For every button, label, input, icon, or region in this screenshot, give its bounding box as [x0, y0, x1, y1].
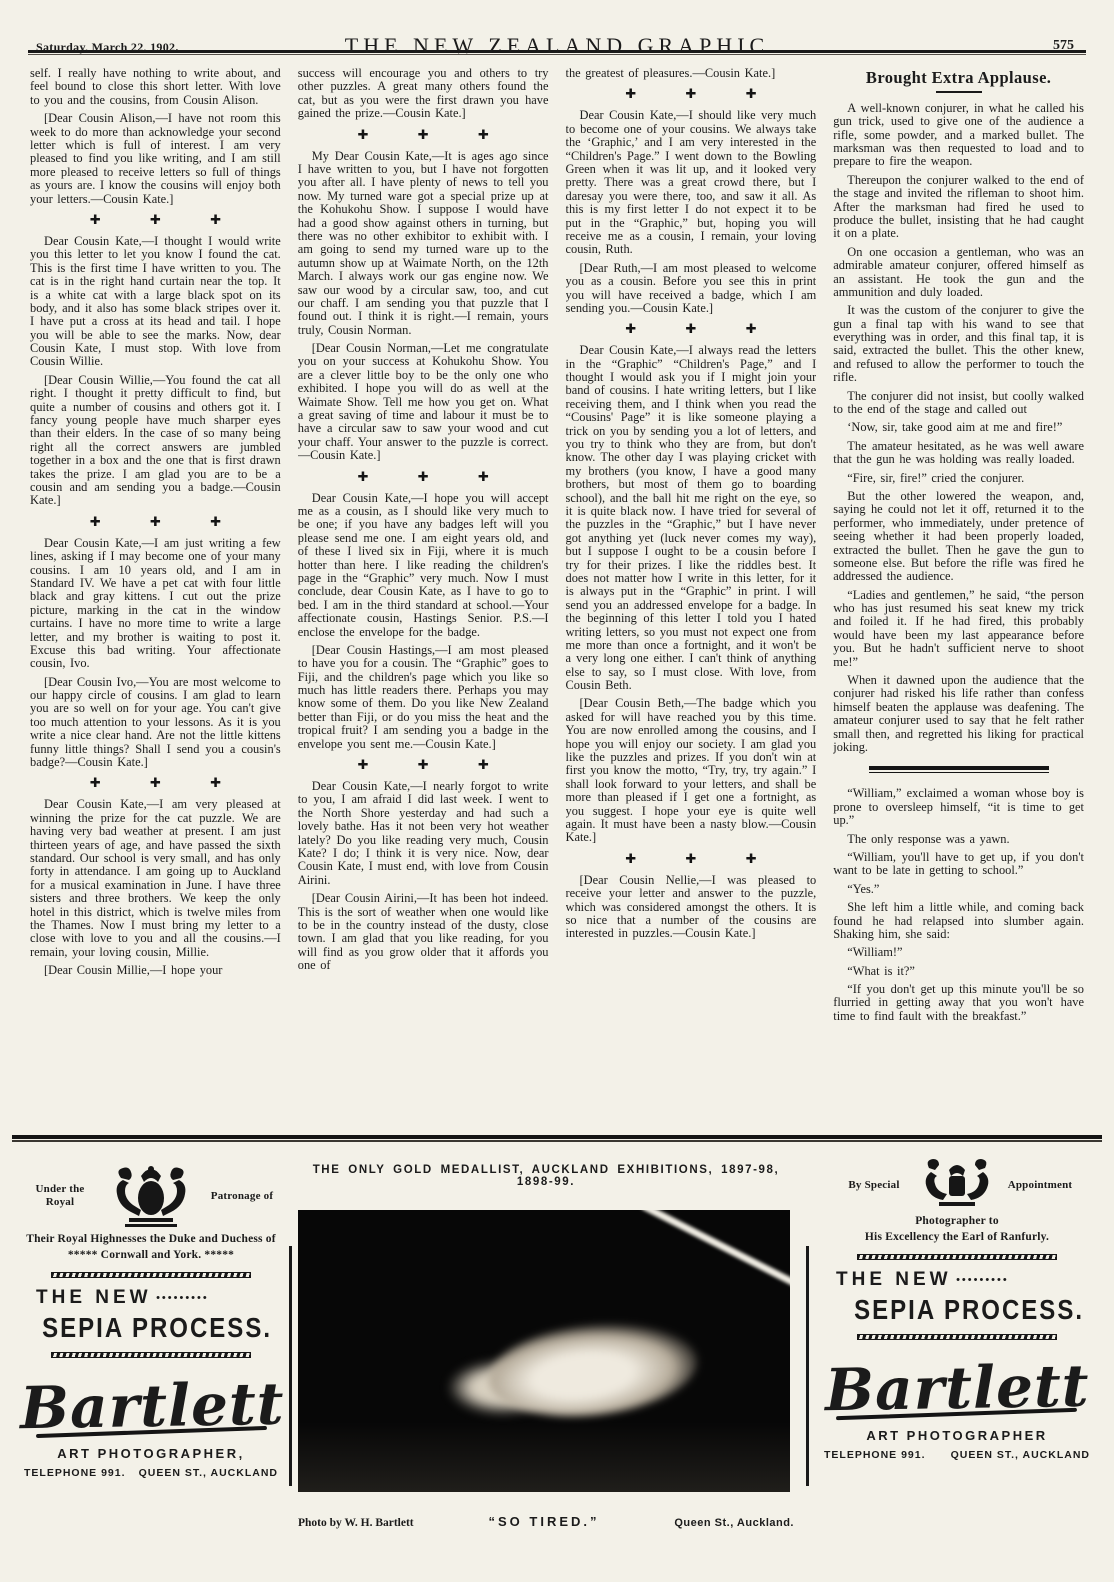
- paragraph: Dear Cousin Kate,—I should like very muc…: [566, 109, 817, 256]
- paragraph: Dear Cousin Kate,—I hope you will accept…: [298, 492, 549, 639]
- paragraph: [Dear Cousin Willie,—You found the cat a…: [30, 374, 281, 508]
- column-3: the greatest of pleasures.—Cousin Kate.]…: [566, 67, 817, 1127]
- wavy-rule: [857, 1334, 1057, 1340]
- so-tired-photograph: [298, 1210, 790, 1492]
- address-label: QUEEN ST., AUCKLAND: [951, 1449, 1090, 1461]
- the-new-label: THE NEW: [36, 1287, 152, 1308]
- photo-title: “SO TIRED.”: [489, 1514, 600, 1529]
- paragraph: The amateur hesitated, as he was well aw…: [833, 440, 1084, 467]
- bartlett-logo: Bartlett: [20, 1372, 282, 1434]
- paragraph: When it dawned upon the audience that th…: [833, 674, 1084, 754]
- the-new-line: THE NEW •••••••••: [20, 1287, 282, 1309]
- paragraph: “Ladies and gentlemen,” he said, “the pe…: [833, 589, 1084, 669]
- paper-title: THE NEW ZEALAND GRAPHIC: [0, 33, 1114, 59]
- paragraph: the greatest of pleasures.—Cousin Kate.]: [566, 67, 817, 80]
- address-label: QUEEN ST., AUCKLAND: [139, 1467, 278, 1479]
- paragraph: “William!”: [833, 946, 1084, 959]
- paragraph: She left him a little while, and coming …: [833, 901, 1084, 941]
- cross-separator: ✚ ✚ ✚: [298, 758, 549, 772]
- telephone-label: TELEPHONE 991.: [824, 1449, 926, 1461]
- photographer-to-line: Photographer to: [820, 1214, 1094, 1230]
- by-special-label: By Special: [837, 1179, 911, 1192]
- art-photographer-label: ART PHOTOGRAPHER,: [20, 1446, 282, 1461]
- paragraph: “What is it?”: [833, 965, 1084, 978]
- bartlett-logo: Bartlett: [820, 1354, 1094, 1416]
- column-4: Brought Extra Applause.A well-known conj…: [833, 67, 1084, 1127]
- paragraph: Thereupon the conjurer walked to the end…: [833, 174, 1084, 241]
- earl-of-ranfurly-line: His Excellency the Earl of Ranfurly.: [820, 1230, 1094, 1246]
- the-new-label: THE NEW: [836, 1269, 952, 1290]
- photo-credit: Photo by W. H. Bartlett: [298, 1517, 414, 1529]
- paragraph: The only response was a yawn.: [833, 833, 1084, 846]
- royal-coat-of-arms-icon: [103, 1160, 199, 1232]
- paragraph: “Yes.”: [833, 883, 1084, 896]
- paragraph: [Dear Cousin Norman,—Let me congratulate…: [298, 342, 549, 463]
- cross-separator: ✚ ✚ ✚: [30, 776, 281, 790]
- cross-separator: ✚ ✚ ✚: [30, 213, 281, 227]
- paragraph: It was the custom of the conjurer to giv…: [833, 304, 1084, 384]
- sepia-process-label: SEPIA PROCESS.: [20, 1313, 282, 1345]
- patronage-right-label: Patronage of: [205, 1190, 279, 1203]
- appointment-label: Appointment: [1003, 1179, 1077, 1192]
- paragraph: A well-known conjurer, in what he called…: [833, 102, 1084, 169]
- art-photographer-label: ART PHOTOGRAPHER: [820, 1428, 1094, 1443]
- royal-patronage-row: Under the Royal Patronage of: [20, 1160, 282, 1232]
- paragraph: [Dear Cousin Hastings,—I am most pleased…: [298, 644, 549, 751]
- paragraph: self. I really have nothing to write abo…: [30, 67, 281, 107]
- story-heading-block: Brought Extra Applause.: [833, 69, 1084, 93]
- dots-ornament: •••••••••: [956, 1274, 1009, 1286]
- paragraph: “William,” exclaimed a woman whose boy i…: [833, 787, 1084, 827]
- paragraph: “Fire, sir, fire!” cried the conjurer.: [833, 472, 1084, 485]
- bartlett-ad-right: By Special Appointment Photographer to H…: [820, 1156, 1094, 1461]
- paragraph: [Dear Cousin Alison,—I have not room thi…: [30, 112, 281, 206]
- royal-highnesses-line: Their Royal Highnesses the Duke and Duch…: [20, 1232, 282, 1248]
- advertisement-section: Under the Royal Patronage of Their: [0, 1146, 1114, 1566]
- paragraph: But the other lowered the weapon, and, s…: [833, 490, 1084, 584]
- paragraph: “If you don't get up this minute you'll …: [833, 983, 1084, 1023]
- patronage-left-label: Under the Royal: [23, 1183, 97, 1208]
- divider-rule: [869, 766, 1049, 773]
- paragraph: success will encourage you and others to…: [298, 67, 549, 121]
- bartlett-ad-left: Under the Royal Patronage of Their: [20, 1160, 282, 1479]
- masthead: Saturday, March 22, 1902. THE NEW ZEALAN…: [0, 0, 1114, 46]
- wavy-rule: [51, 1272, 251, 1278]
- appointment-crest-icon: [917, 1156, 997, 1214]
- paragraph: Dear Cousin Kate,—I thought I would writ…: [30, 235, 281, 369]
- contact-row: TELEPHONE 991. QUEEN ST., AUCKLAND: [20, 1467, 282, 1479]
- telephone-label: TELEPHONE 991.: [24, 1467, 126, 1479]
- paragraph: The conjurer did not insist, but coolly …: [833, 390, 1084, 417]
- cross-separator: ✚ ✚ ✚: [566, 87, 817, 101]
- vertical-divider: [806, 1246, 809, 1486]
- paragraph: [Dear Cousin Nellie,—I was pleased to re…: [566, 874, 817, 941]
- wavy-rule: [857, 1254, 1057, 1260]
- paragraph: ‘Now, sir, take good aim at me and fire!…: [833, 421, 1084, 434]
- paragraph: [Dear Cousin Millie,—I hope your: [30, 964, 281, 977]
- heading-rule: [936, 91, 982, 93]
- appointment-row: By Special Appointment: [820, 1156, 1094, 1214]
- dots-ornament: •••••••••: [156, 1292, 209, 1304]
- photo-location: Queen St., Auckland.: [674, 1517, 794, 1529]
- paragraph: On one occasion a gentleman, who was an …: [833, 246, 1084, 300]
- contact-row: TELEPHONE 991. QUEEN ST., AUCKLAND: [820, 1449, 1094, 1461]
- newspaper-page: Saturday, March 22, 1902. THE NEW ZEALAN…: [0, 0, 1114, 1582]
- cornwall-york-line: ***** Cornwall and York. *****: [20, 1248, 282, 1264]
- page-number: 575: [1053, 38, 1074, 54]
- cross-separator: ✚ ✚ ✚: [298, 128, 549, 142]
- vertical-divider: [289, 1246, 292, 1486]
- floor-shading: [298, 1422, 790, 1492]
- paragraph: Dear Cousin Kate,—I always read the lett…: [566, 344, 817, 692]
- story-heading: Brought Extra Applause.: [833, 69, 1084, 87]
- cross-separator: ✚ ✚ ✚: [566, 322, 817, 336]
- paragraph: “William, you'll have to get up, if you …: [833, 851, 1084, 878]
- light-streak: [640, 1210, 790, 1294]
- paragraph: [Dear Cousin Airini,—It has been hot ind…: [298, 892, 549, 972]
- cross-separator: ✚ ✚ ✚: [298, 470, 549, 484]
- section-divider-rule: [12, 1135, 1102, 1142]
- paragraph: Dear Cousin Kate,—I am very pleased at w…: [30, 798, 281, 959]
- paragraph: [Dear Cousin Beth,—The badge which you a…: [566, 697, 817, 844]
- the-new-line: THE NEW •••••••••: [820, 1269, 1094, 1291]
- paragraph: [Dear Ruth,—I am most pleased to welcome…: [566, 262, 817, 316]
- paragraph: Dear Cousin Kate,—I am just writing a fe…: [30, 537, 281, 671]
- paragraph: Dear Cousin Kate,—I nearly forgot to wri…: [298, 780, 549, 887]
- gold-medallist-line: THE ONLY GOLD MEDALLIST, AUCKLAND EXHIBI…: [298, 1164, 794, 1188]
- sepia-process-label: SEPIA PROCESS.: [820, 1295, 1094, 1327]
- paragraph: My Dear Cousin Kate,—It is ages ago sinc…: [298, 150, 549, 337]
- column-2: success will encourage you and others to…: [298, 67, 549, 1127]
- cross-separator: ✚ ✚ ✚: [566, 852, 817, 866]
- wavy-rule: [51, 1352, 251, 1358]
- cross-separator: ✚ ✚ ✚: [30, 515, 281, 529]
- photo-feature: THE ONLY GOLD MEDALLIST, AUCKLAND EXHIBI…: [298, 1164, 794, 1529]
- photo-caption-row: Photo by W. H. Bartlett “SO TIRED.” Quee…: [298, 1514, 794, 1529]
- column-1: self. I really have nothing to write abo…: [30, 67, 281, 1127]
- text-columns: self. I really have nothing to write abo…: [0, 55, 1114, 1127]
- paragraph: [Dear Cousin Ivo,—You are most welcome t…: [30, 676, 281, 770]
